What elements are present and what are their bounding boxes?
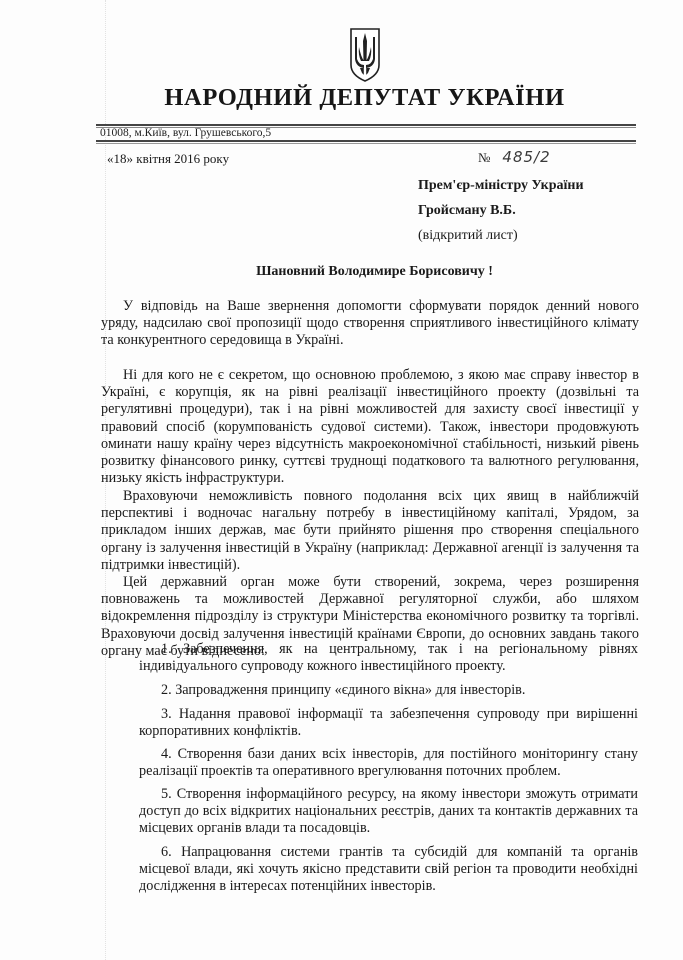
sender-address: 01008, м.Київ, вул. Грушевського,5 [100,127,271,139]
handwritten-number: 485/2 [502,148,550,166]
paragraph-intro: У відповідь на Ваше звернення допомогти … [101,298,639,350]
paragraph-proposal: Враховуючи неможливість повного подоланн… [101,488,639,574]
task-item: 4. Створення бази даних всіх інвесторів,… [139,746,638,780]
letterhead-title: НАРОДНИЙ ДЕПУТАТ УКРАЇНИ [0,84,683,112]
task-item: 5. Створення інформаційного ресурсу, на … [139,786,638,838]
letterhead-rule-top [96,124,636,126]
paragraph-problems: Ні для кого не є секретом, що основною п… [101,367,639,487]
task-item: 3. Надання правової інформації та забезп… [139,706,638,740]
letterhead-rule-bottom [96,140,636,142]
recipient-name: Гройсману В.Б. [418,198,584,223]
letterhead-rule-bottom-thin [96,143,636,144]
task-item: 1. Забезпечення, як на центральному, так… [139,641,638,675]
salutation: Шановний Володимире Борисовичу ! [0,264,683,280]
letter-date: «18» квітня 2016 року [107,151,229,167]
document-number: № 485/2 [478,148,551,166]
recipient-block: Прем'єр-міністру України Гройсману В.Б. … [418,173,584,248]
recipient-title: Прем'єр-міністру України [418,173,584,198]
task-item: 6. Напрацювання системи грантів та субси… [139,844,638,896]
number-sign: № [478,150,490,166]
task-item: 2. Запровадження принципу «єдиного вікна… [139,682,638,699]
tryzub-coat-of-arms-icon [349,27,381,83]
letter-page: НАРОДНИЙ ДЕПУТАТ УКРАЇНИ 01008, м.Київ, … [0,0,683,960]
letter-type-note: (відкритий лист) [418,223,584,248]
